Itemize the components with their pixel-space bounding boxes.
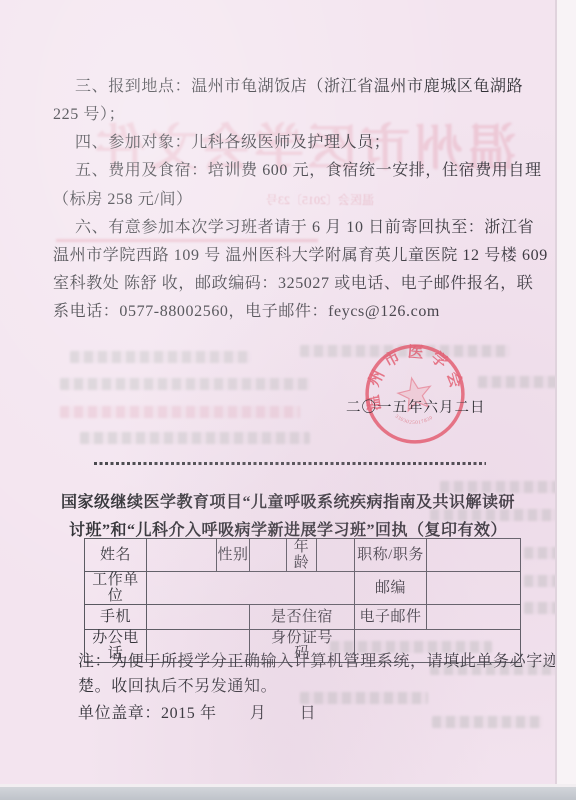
show-through-ghost [432,716,542,728]
field-label-age: 年龄 [287,539,317,572]
field-label-work-unit: 工作单位 [85,572,147,605]
field-label-postcode: 邮编 [355,572,427,605]
field-label-email: 电子邮件 [355,605,427,630]
body-line-address-cont: 225 号）； [53,105,125,124]
cut-line [94,462,486,465]
field-label-lodging: 是否住宿 [250,605,355,630]
show-through-ghost [60,406,300,418]
body-line-contact: 系电话：0577-88002560，电子邮件：feycs@126.com [53,302,440,321]
show-through-ghost [80,432,310,444]
mirrored-letterhead-rule [56,239,318,242]
body-line-room-rate: （标房 258 元/间） [53,190,193,209]
official-seal: 温州市医学会 3303025017830 [352,331,478,457]
body-line-fees: 五、费用及食宿：培训费 600 元，食宿统一安排，住宿费用自理 [75,161,542,180]
field-value-email [427,605,521,630]
field-label-gender: 性别 [217,539,250,572]
mirrored-doc-number-watermark: 温医会〔2015〕23号 [266,191,374,208]
field-value-job-title [427,539,521,572]
field-value-postcode [427,572,521,605]
reply-form-table: 姓名 性别 年龄 职称/职务 工作单位 邮编 手机 是否住宿 电子邮件 办公电话… [84,538,521,663]
body-line-registration-place: 三、报到地点：温州市龟湖饭店（浙江省温州市鹿城区龟湖路 [75,77,523,96]
body-line-mail-address: 温州市学院西路 109 号 温州医科大学附属育英儿童医院 12 号楼 609 [53,246,548,265]
body-line-reply-deadline: 六、有意参加本次学习班者请于 6 月 10 日前寄回执至：浙江省 [75,218,534,237]
unit-stamp-line: 单位盖章：2015 年 月 日 [78,700,316,723]
field-label-name: 姓名 [85,539,147,572]
field-value-age [317,539,355,572]
show-through-ghost [60,378,310,390]
scanned-document-page: 温州市医学会文件 温医会〔2015〕23号 三、报到地点：温州市龟湖饭店（浙江省… [0,0,576,800]
field-value-work-unit [147,572,355,605]
field-label-job-title: 职称/职务 [355,539,427,572]
field-value-name [147,539,217,572]
show-through-ghost [70,351,250,363]
scan-edge-right [555,0,576,786]
body-line-recipient: 室科教处 陈舒 收，邮政编码：325027 或电话、电子邮件报名，联 [53,274,533,293]
document-date: 二〇一五年六月二日 [346,396,486,417]
field-value-mobile [147,605,250,630]
show-through-ghost [478,376,558,388]
field-value-gender [250,539,287,572]
body-line-participants: 四、参加对象：儿科各级医师及护理人员； [75,133,390,152]
note-line2: 楚。收回执后不另发通知。 [78,673,277,696]
field-label-mobile: 手机 [85,605,147,630]
reply-title-line1: 国家级继续医学教育项目“儿童呼吸系统疾病指南及共识解读研 [40,489,536,512]
scan-edge-bottom [0,784,576,800]
show-through-ghost [300,692,428,704]
note-line1: 注：为便于所授学分正确输入计算机管理系统，请填此单务必字迹清 [78,648,576,671]
reply-title-line2: 讨班”和“儿科介入呼吸病学新进展学习班”回执（复印有效） [40,517,536,540]
